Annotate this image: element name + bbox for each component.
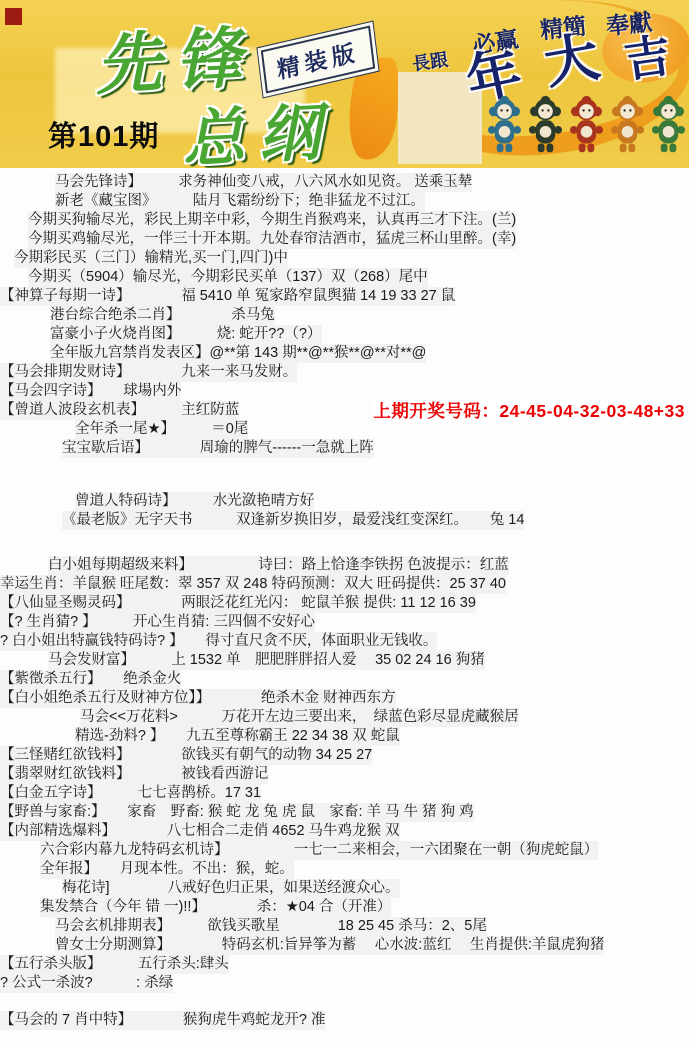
text-line: 【八仙显圣赐灵码】 两眼泛花红光闪： 蛇鼠羊猴 提供: 11 12 16 39 bbox=[0, 594, 689, 613]
text-line: 曾女士分期测算】 特码玄机:旨异筝为蓄 心水波:蓝红 生肖提供:羊鼠虎狗猪 bbox=[0, 936, 689, 955]
tipsheet-page: 先锋 总纲 精装版 第101期 必赢 精簡 奉獻 長跟 年 大 吉 上期开奖号码… bbox=[0, 0, 689, 1046]
text-line: 马会先锋诗】 求务神仙变八戒，八六风水如见资。 送乘玉辇 bbox=[0, 173, 689, 192]
text-line: 马会<<万花料> 万花开左边三要出来， 绿蓝色彩尽显虎藏猴居 bbox=[0, 708, 689, 727]
text-line: 【三怪赌红欲钱料】 欲钱买有朝气的动物 34 25 27 bbox=[0, 746, 689, 765]
text-line: 【紫徵杀五行】 绝杀金火 bbox=[0, 670, 689, 689]
mascot-orange-icon bbox=[610, 94, 645, 156]
text-line: 六合彩内幕九龙特码玄机诗】 一七一二来相会，一六团聚在一朝（狗虎蛇鼠） bbox=[0, 841, 689, 860]
text-line: 【五行杀头版】 五行杀头:肆头 bbox=[0, 955, 689, 974]
text-line: 【白金五字诗】 七七喜鹊桥。17 31 bbox=[0, 784, 689, 803]
text-line: 港台综合绝杀二肖】 杀马兔 bbox=[0, 306, 689, 325]
text-line: 幸运生肖：羊鼠猴 旺尾数：翠 357 双 248 特码预测：双大 旺码提供：25… bbox=[0, 575, 689, 594]
text-line: 白小姐每期超级来料】 诗曰：路上恰逢李铁拐 色波提示：红蓝 bbox=[0, 556, 689, 575]
text-line: 今期彩民买（三门）输精光,买一门,四门)中 bbox=[0, 249, 689, 268]
text-line: 今期买（5904）输尽光，今期彩民买单（137）双（268）尾中 bbox=[0, 268, 689, 287]
text-line: 新老《藏宝图》 陆月飞霜纷纷下；绝非猛龙不过江。 bbox=[0, 192, 689, 211]
text-line: 【神算子每期一诗】 福 5410 单 冤家路窄鼠舆猫 14 19 33 27 鼠 bbox=[0, 287, 689, 306]
mascot-panda-icon bbox=[528, 94, 563, 156]
mascot-blue-icon bbox=[487, 94, 522, 156]
text-line: 【马会的 7 肖中特】 猴狗虎牛鸡蛇龙开? 准 bbox=[0, 1011, 689, 1030]
mascot-row bbox=[487, 94, 686, 156]
text-line: 《最老版》无字天书 双逢新岁换旧岁，最爱浅红变深红。 兔 14 bbox=[0, 511, 689, 530]
text-line: 全年版九宫禁肖发表区】@**第 143 期**@**猴**@**对**@ bbox=[0, 344, 689, 363]
text-line: 【白小姐绝杀五行及财神方位】】 绝杀木金 财神西东方 bbox=[0, 689, 689, 708]
banner-char-ji: 吉 bbox=[620, 19, 675, 91]
issue-number: 第101期 bbox=[48, 114, 159, 155]
text-line: 曾道人特码诗】 水光潋艳晴方好 bbox=[0, 492, 689, 511]
text-line: 精选-劲料? 】 九五至尊称霸王 22 34 38 双 蛇鼠 bbox=[0, 727, 689, 746]
text-line: 【马会四字诗】 球場内外 bbox=[0, 382, 689, 401]
text-line: 【翡翠财红欲钱料】 被钱看西游记 bbox=[0, 765, 689, 784]
text-line: 梅花诗] 八戒好色归正果，如果送经渡众心。 bbox=[0, 879, 689, 898]
text-line: 富豪小子火烧肖图】 烧: 蛇开??（?） bbox=[0, 325, 689, 344]
text-line: 【野兽与家畜:】 家畜 野畜: 猴 蛇 龙 兔 虎 鼠 家畜: 羊 马 牛 猪 … bbox=[0, 803, 689, 822]
content-lines: 马会先锋诗】 求务神仙变八戒，八六风水如见资。 送乘玉辇新老《藏宝图》 陆月飞霜… bbox=[0, 170, 689, 1030]
text-line: 集发禁合（今年 错 一)!!】 杀：★04 合（开准） bbox=[0, 898, 689, 917]
text-line: 【曾道人波段玄机表】 主红防蓝 bbox=[0, 401, 689, 420]
mascot-flame-icon bbox=[569, 94, 604, 156]
mascot-green-icon bbox=[651, 94, 686, 156]
text-line: 【马会排期发财诗】 九来一来马发财。 bbox=[0, 363, 689, 382]
header-banner: 先锋 总纲 精装版 第101期 必赢 精簡 奉獻 長跟 年 大 吉 bbox=[0, 0, 689, 170]
text-line: 宝宝歇后语】 周瑜的脾气------一急就上阵 bbox=[0, 439, 689, 458]
text-line: 马会玄机排期表】 欲钱买歌星 18 25 45 杀马：2、5尾 bbox=[0, 917, 689, 936]
text-line: 全年杀一尾★】 ＝0尾 bbox=[0, 420, 689, 439]
masthead-title-line2: 总纲 bbox=[180, 82, 336, 170]
corner-red-mark bbox=[5, 8, 22, 25]
text-line: 【? 生肖猜? 】 开心生肖猜: 三四個不安好心 bbox=[0, 613, 689, 632]
text-line: ? 白小姐出特赢钱特码诗? 】 得寸直尺贪不厌，体面职业无钱收。 bbox=[0, 632, 689, 651]
text-line: 全年报】 月现本性。不出：猴，蛇。 bbox=[0, 860, 689, 879]
text-line: 今期买狗输尽光，彩民上期辛中彩，今期生肖猴鸡来，认真再三才下注。(兰) bbox=[0, 211, 689, 230]
text-line: 【内部精选爆料】 八七相合二走俏 4652 马牛鸡龙猴 双 bbox=[0, 822, 689, 841]
text-line: 今期买鸡输尽光，一伴三十开本期。九处春帘洁酒市，猛虎三杯山里醉。(幸) bbox=[0, 230, 689, 249]
slogan-follow: 長跟 bbox=[410, 46, 449, 77]
text-line: 马会发财富】 上 1532 单 肥肥胖胖招人爱 35 02 24 16 狗猪 bbox=[0, 651, 689, 670]
text-line: ? 公式一杀波? : 杀绿 bbox=[0, 974, 689, 993]
